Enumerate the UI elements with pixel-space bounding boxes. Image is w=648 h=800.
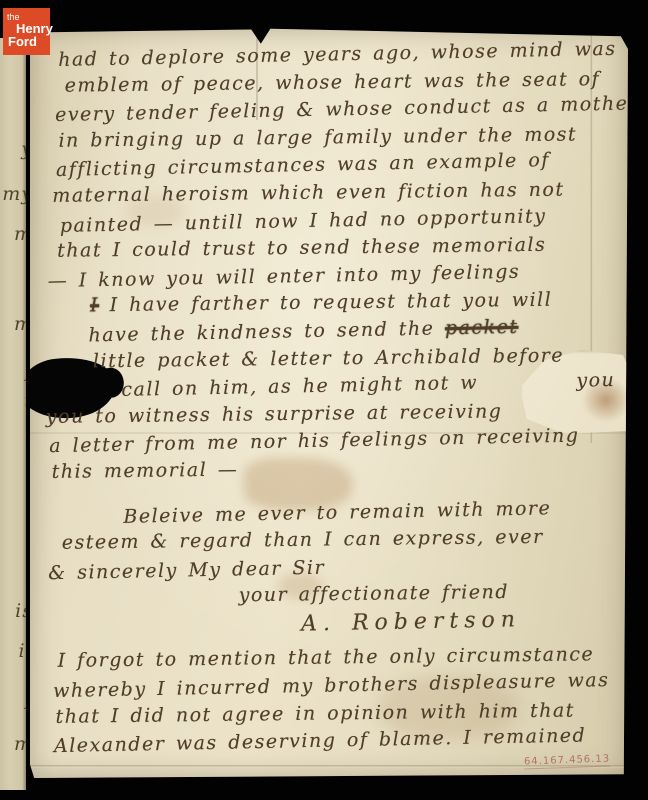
letter-photo: ymymmft-isi-fm had to deplore some years… — [0, 0, 648, 800]
page-fragment: my — [2, 183, 26, 205]
letter-text: had to deplore some years ago, whose min… — [40, 37, 631, 760]
page-fragment: m — [14, 733, 26, 755]
page-fragment: is — [15, 600, 26, 622]
page-fragment: m — [14, 313, 26, 335]
text-fragment: you — [576, 367, 615, 395]
letter-line: this memorial — — [52, 452, 627, 487]
accession-number: 64.167.456.13 — [524, 754, 611, 770]
page-fragment: t — [24, 390, 26, 412]
struck-text: I — [90, 295, 99, 317]
logo-text-ford: Ford — [8, 35, 50, 49]
page-fragment: m — [14, 223, 26, 245]
page-fragment: f — [25, 360, 26, 382]
adjacent-page-edge: ymymmft-isi-fm — [0, 38, 26, 790]
henry-ford-logo: the Henry Ford — [3, 8, 50, 55]
letter-page: had to deplore some years ago, whose min… — [30, 28, 628, 778]
page-fragment: y — [21, 138, 26, 160]
struck-text: packet — [445, 316, 519, 339]
page-fragment: f — [25, 688, 26, 710]
page-fragment: i- — [19, 640, 27, 662]
letter-line: A. Robertson — [301, 604, 629, 638]
